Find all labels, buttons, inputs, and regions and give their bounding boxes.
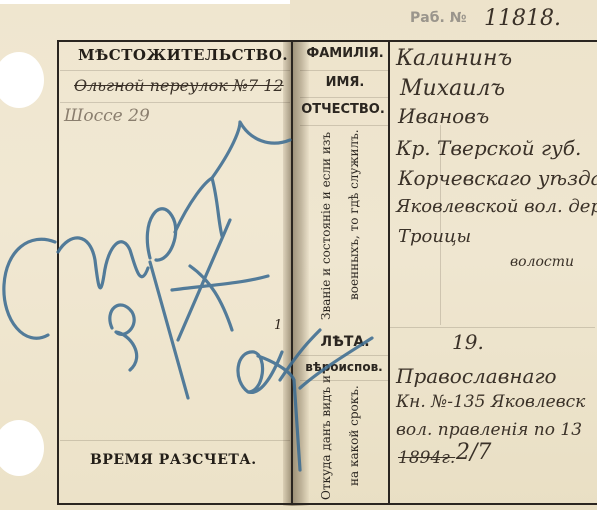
label-column-divider (388, 40, 390, 504)
entry-rank-line-1: Кр. Тверской губ. (396, 136, 581, 160)
frame-top-border (57, 40, 597, 42)
label-patronymic: ОТЧЕСТВО. (298, 102, 388, 117)
small-mark: 1 (274, 318, 282, 333)
document-scan: Раб. № 11818. МѢСТОЖИТЕЛЬСТВО. Ольгной п… (0, 0, 597, 514)
label-religion: вѣроиспов. (300, 360, 388, 374)
guide-line (300, 380, 388, 381)
guide-line (300, 355, 388, 356)
entry-patronymic: Ивановъ (398, 104, 489, 128)
label-name: ИМЯ. (302, 75, 388, 90)
guide-line (300, 97, 388, 98)
residence-heading: МѢСТОЖИТЕЛЬСТВО. (78, 46, 288, 64)
settlement-time-heading: ВРЕМЯ РАЗСЧЕТА. (90, 452, 257, 468)
entry-issued-line-1: Кн. №-135 Яковлевск (396, 392, 585, 412)
entry-religion: Православнаго (396, 364, 557, 388)
label-surname: ФАМИЛІЯ. (302, 46, 388, 61)
entry-rank-line-2: Корчевскаго уѣзда (398, 166, 597, 190)
guide-line (60, 102, 290, 103)
entry-rank-line-3: Яковлевской вол. дер. (396, 196, 597, 217)
entry-surname: Калининъ (396, 46, 512, 71)
frame-bottom-border (57, 503, 597, 505)
label-issued-line-1: Откуда данъ видъ и (319, 375, 333, 500)
entry-name: Михаилъ (400, 76, 505, 101)
label-rank-line-1: Званіе и состояніе и если изъ (319, 132, 333, 320)
label-age: ЛѢТА. (302, 334, 388, 350)
entry-rank-line-4: Троицы (398, 226, 471, 247)
entry-rank-line-5: волости (510, 254, 574, 270)
frame-left-border (57, 40, 59, 504)
entry-issued-note: 2/7 (456, 440, 491, 465)
frame-center-divider (291, 40, 293, 504)
guide-line (60, 440, 290, 441)
residence-entry-new: Шоссе 29 (64, 106, 150, 126)
guide-line (300, 70, 388, 71)
worker-number-label: Раб. № (410, 10, 467, 26)
entry-age: 19. (452, 330, 484, 354)
label-issued-line-2: на какой срокъ. (347, 385, 361, 486)
guide-line (390, 327, 595, 328)
residence-entry-struck: Ольгной переулок №7 12 (74, 76, 284, 95)
label-rank-line-2: военныхъ, то гдѣ служилъ. (347, 129, 361, 300)
entry-issued-line-2: вол. правленія по 13 (396, 420, 582, 440)
worker-number-value: 11818. (484, 6, 561, 31)
guide-line (60, 70, 290, 71)
entry-issued-line-3-struck: 1894г. (398, 448, 455, 468)
guide-line (300, 125, 388, 126)
